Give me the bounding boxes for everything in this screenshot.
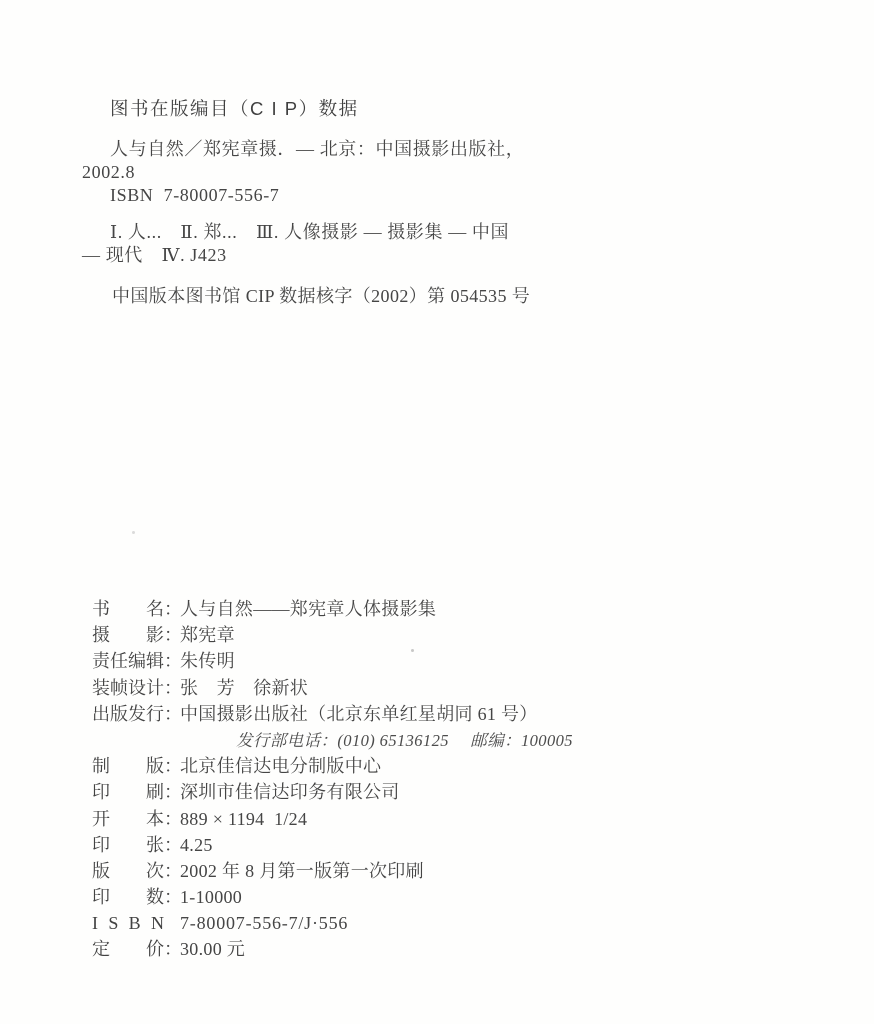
colophon-row: 印数：1-10000 xyxy=(92,884,712,910)
colophon-row: 印张：4.25 xyxy=(92,832,712,858)
colophon-label: 出版发行 xyxy=(92,701,164,727)
colophon-row: 出版发行：中国摄影出版社（北京东单红星胡同 61 号） xyxy=(92,701,712,727)
colophon-label: 印张 xyxy=(92,832,164,858)
colophon-value: 889 × 1194 1/24 xyxy=(180,809,307,829)
colophon-section: 书名：人与自然——郑宪章人体摄影集摄影：郑宪章责任编辑：朱传明装帧设计：张 芳 … xyxy=(92,596,712,963)
scan-speck xyxy=(132,531,135,534)
colophon-label: 制版 xyxy=(92,753,164,779)
colophon-label: 印刷 xyxy=(92,779,164,805)
cip-heading: 图书在版编目（C I P）数据 xyxy=(110,95,359,121)
colophon-row: 制版：北京佳信达电分制版中心 xyxy=(92,753,712,779)
colophon-separator: ： xyxy=(164,779,180,805)
colophon-row: 发行部电话：(010) 65136125 邮编：100005 xyxy=(92,727,712,753)
colophon-label: 印数 xyxy=(92,884,164,910)
colophon-row: 装帧设计：张 芳 徐新状 xyxy=(92,675,712,701)
colophon-row: 定价：30.00 元 xyxy=(92,936,712,962)
colophon-value: 张 芳 徐新状 xyxy=(180,678,308,698)
cip-classification: Ⅰ. 人... Ⅱ. 郑... Ⅲ. 人像摄影 — 摄影集 — 中国— 现代 Ⅳ… xyxy=(82,221,509,267)
colophon-row: 摄影：郑宪章 xyxy=(92,622,712,648)
scan-speck xyxy=(411,649,414,652)
colophon-value: 2002 年 8 月第一版第一次印刷 xyxy=(180,861,424,881)
cip-entry-line: 人与自然／郑宪章摄．— 北京：中国摄影出版社， xyxy=(82,138,524,161)
colophon-value: 中国摄影出版社（北京东单红星胡同 61 号） xyxy=(180,704,538,724)
colophon-row: 开本：889 × 1194 1/24 xyxy=(92,806,712,832)
colophon-row: 责任编辑：朱传明 xyxy=(92,648,712,674)
colophon-value: 1-10000 xyxy=(180,887,242,907)
book-copyright-page: 图书在版编目（C I P）数据 人与自然／郑宪章摄．— 北京：中国摄影出版社，2… xyxy=(0,0,874,1024)
colophon-label: 书名 xyxy=(92,596,164,622)
colophon-value: 北京佳信达电分制版中心 xyxy=(180,756,381,776)
colophon-row: 书名：人与自然——郑宪章人体摄影集 xyxy=(92,596,712,622)
colophon-value: 郑宪章 xyxy=(180,625,235,645)
colophon-row: I S B N7-80007-556-7/J·556 xyxy=(92,910,712,936)
colophon-label: 装帧设计 xyxy=(92,675,164,701)
cip-entry-line: ISBN 7-80007-556-7 xyxy=(82,184,524,207)
cip-classification-line: Ⅰ. 人... Ⅱ. 郑... Ⅲ. 人像摄影 — 摄影集 — 中国 xyxy=(82,221,509,244)
cip-bibliographic-entry: 人与自然／郑宪章摄．— 北京：中国摄影出版社，2002.8ISBN 7-8000… xyxy=(82,138,524,207)
colophon-label: 定价 xyxy=(92,936,164,962)
colophon-label: 开本 xyxy=(92,806,164,832)
colophon-value: 人与自然——郑宪章人体摄影集 xyxy=(180,599,436,619)
colophon-value: 7-80007-556-7/J·556 xyxy=(180,913,348,933)
colophon-label: 版次 xyxy=(92,858,164,884)
colophon-value: 深圳市佳信达印务有限公司 xyxy=(180,782,400,802)
colophon-separator: ： xyxy=(164,596,180,622)
colophon-separator: ： xyxy=(164,806,180,832)
colophon-separator: ： xyxy=(164,884,180,910)
colophon-separator: ： xyxy=(164,753,180,779)
colophon-separator: ： xyxy=(164,648,180,674)
colophon-row: 版次：2002 年 8 月第一版第一次印刷 xyxy=(92,858,712,884)
colophon-separator: ： xyxy=(164,675,180,701)
colophon-value: 发行部电话：(010) 65136125 邮编：100005 xyxy=(236,731,573,750)
colophon-separator: ： xyxy=(164,858,180,884)
colophon-label: 责任编辑 xyxy=(92,648,164,674)
colophon-value: 30.00 元 xyxy=(180,939,245,959)
cip-record-number: 中国版本图书馆 CIP 数据核字（2002）第 054535 号 xyxy=(112,282,530,308)
colophon-separator: ： xyxy=(164,622,180,648)
colophon-label: I S B N xyxy=(92,910,164,936)
colophon-value: 朱传明 xyxy=(180,651,235,671)
colophon-separator: ： xyxy=(164,832,180,858)
cip-entry-line: 2002.8 xyxy=(82,161,524,184)
cip-classification-line: — 现代 Ⅳ. J423 xyxy=(82,244,509,267)
colophon-separator: ： xyxy=(164,701,180,727)
colophon-label: 摄影 xyxy=(92,622,164,648)
colophon-value: 4.25 xyxy=(180,835,213,855)
colophon-row: 印刷：深圳市佳信达印务有限公司 xyxy=(92,779,712,805)
colophon-separator: ： xyxy=(164,936,180,962)
